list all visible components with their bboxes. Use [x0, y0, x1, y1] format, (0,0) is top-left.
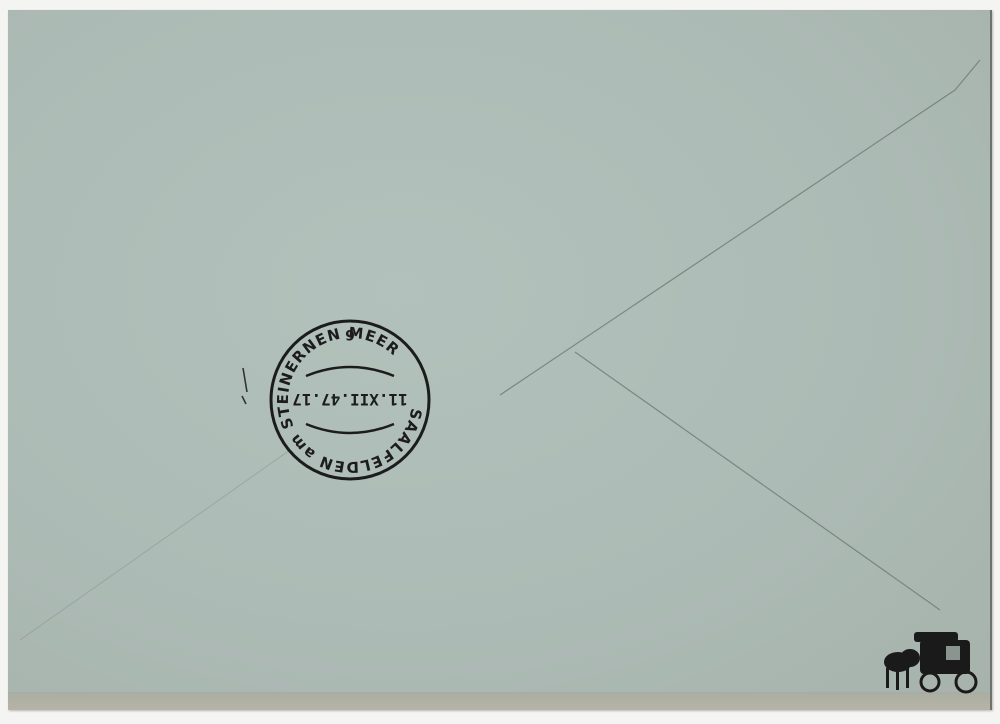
postmark: SAALFELDEN am STEINERNEN MEER 11.XII.47.…	[268, 318, 432, 482]
postmark-date: 11.XII.47.17	[292, 390, 408, 409]
envelope-flap-lines	[0, 0, 1000, 724]
postmark-number: 6	[345, 326, 355, 342]
stagecoach-icon	[880, 620, 984, 698]
pencil-mark	[242, 368, 247, 404]
